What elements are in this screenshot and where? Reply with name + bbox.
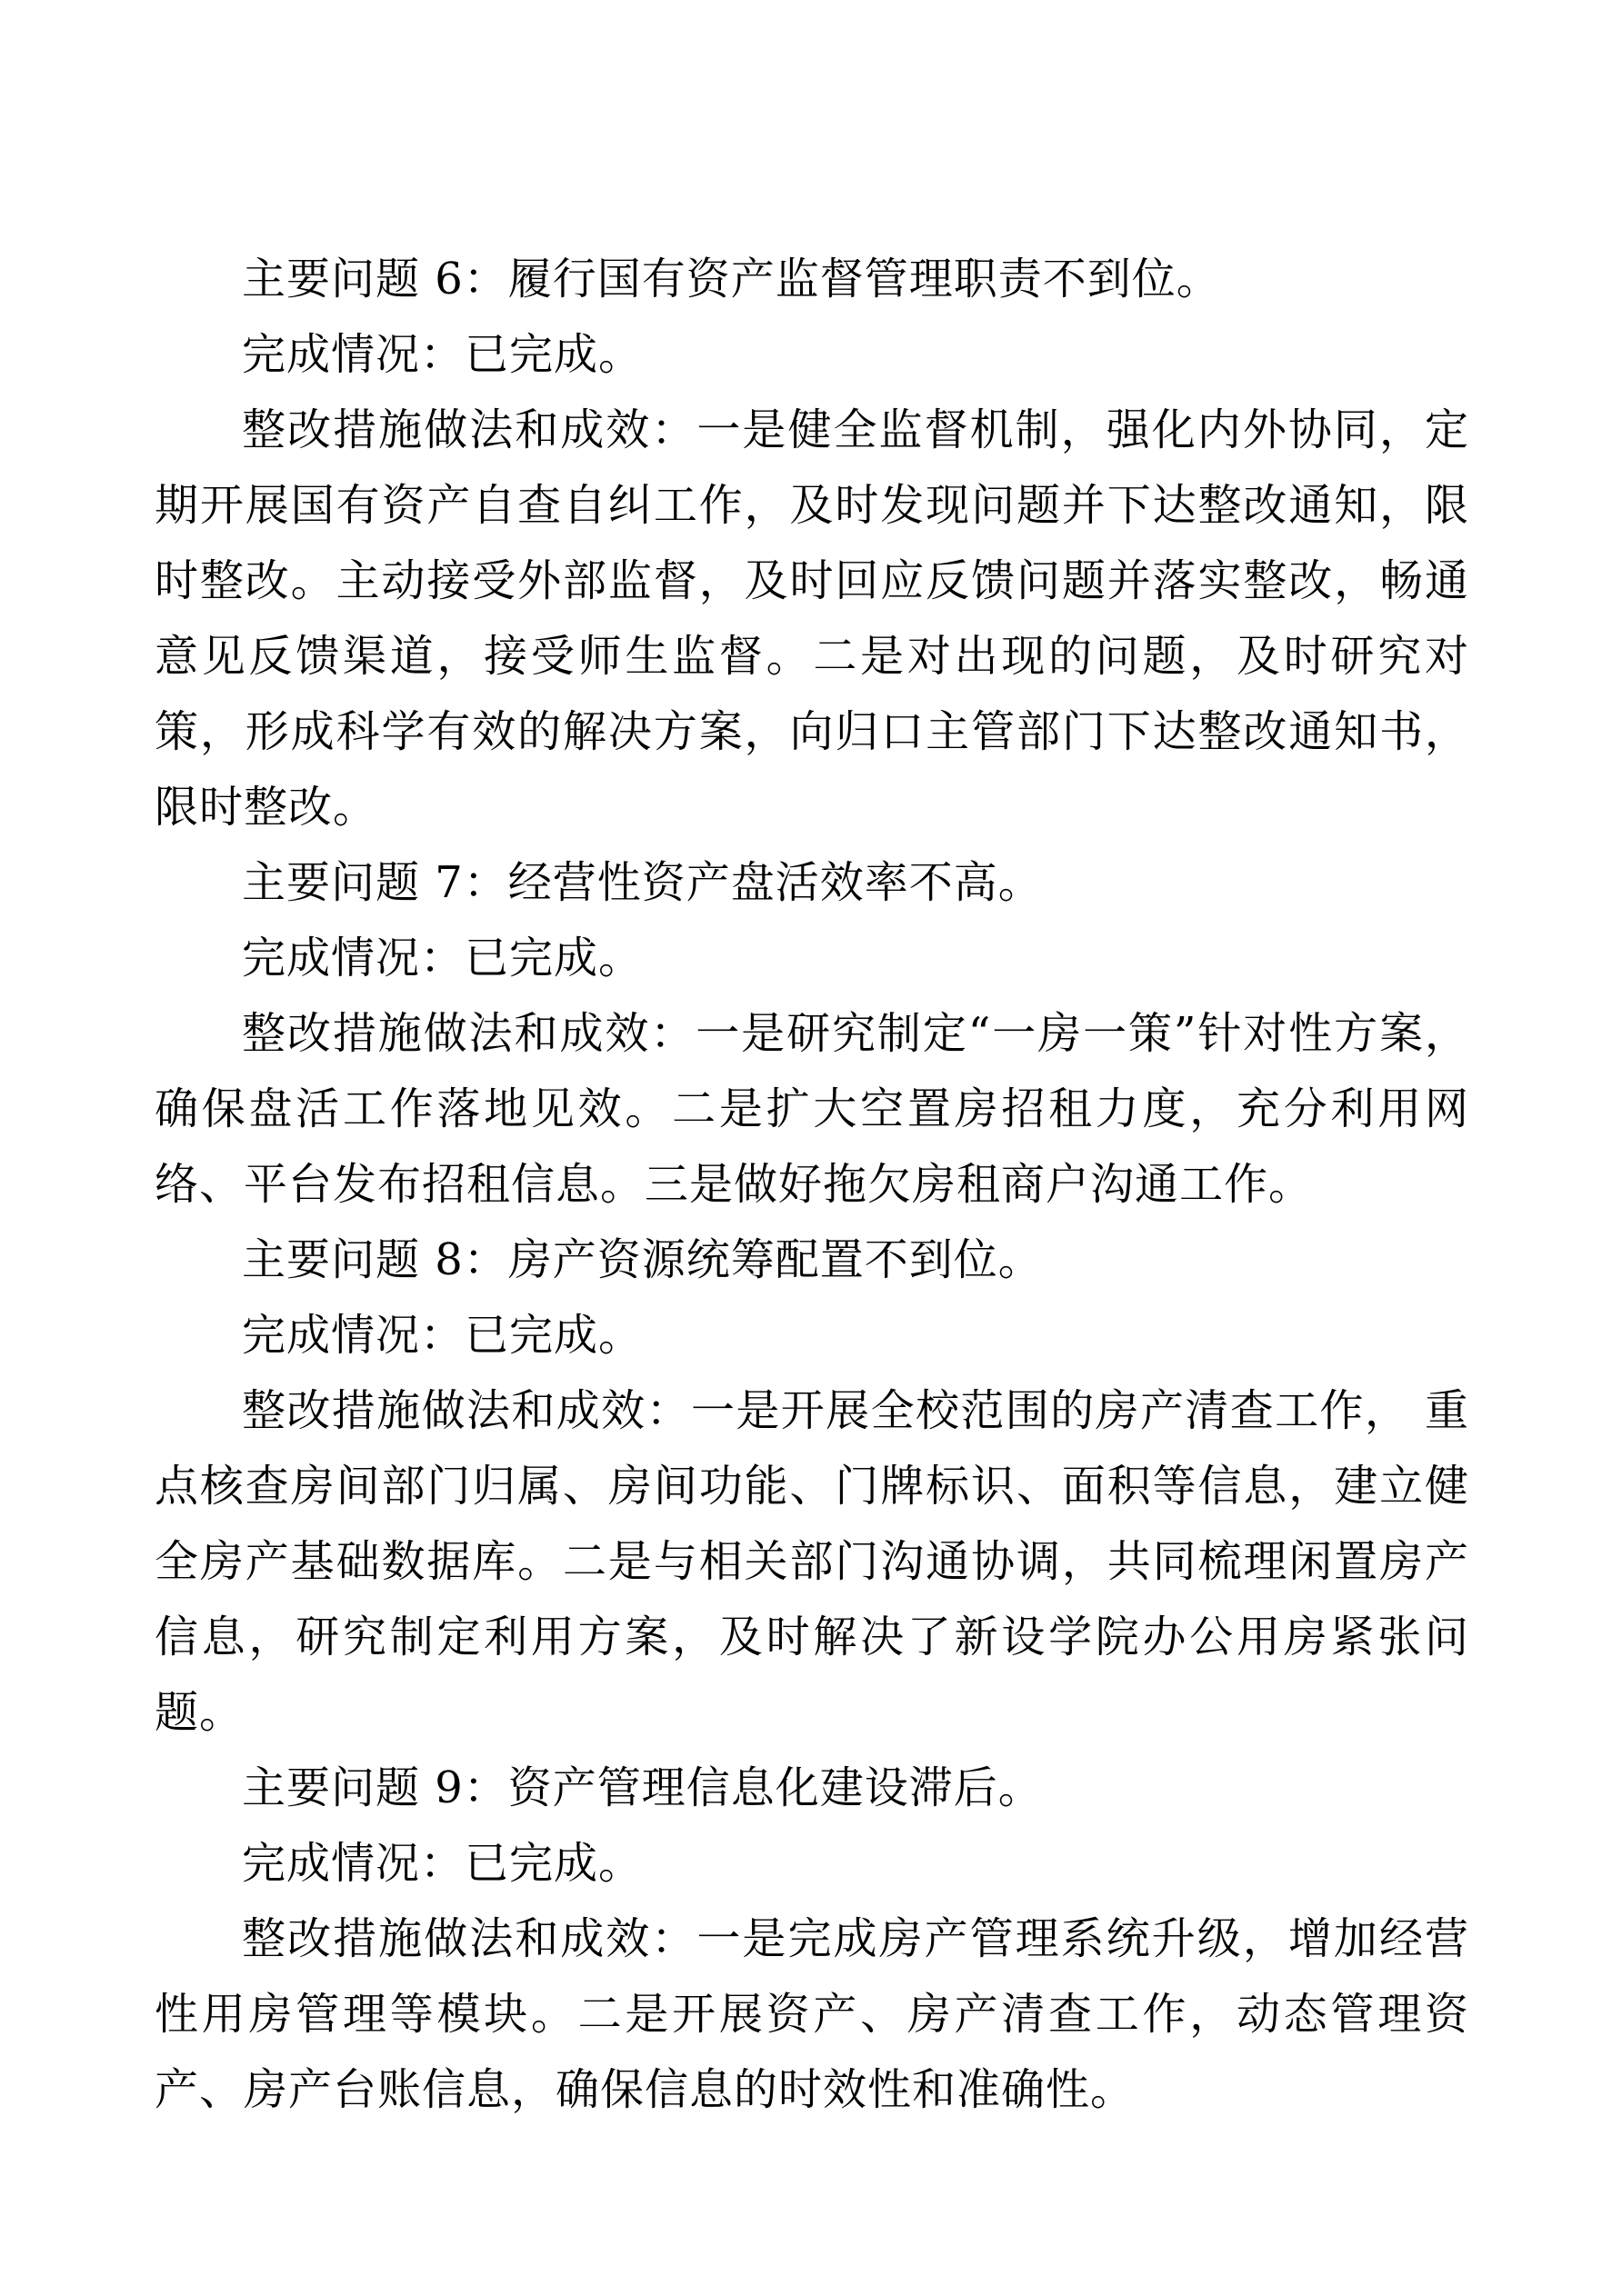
para-issue-7-status: 完成情况：已完成。 <box>155 921 1469 996</box>
para-issue-6-title: 主要问题 6：履行国有资产监督管理职责不到位。 <box>155 242 1469 317</box>
para-issue-9-status: 完成情况：已完成。 <box>155 1826 1469 1902</box>
para-issue-8-status: 完成情况：已完成。 <box>155 1298 1469 1373</box>
para-issue-9-title: 主要问题 9：资产管理信息化建设滞后。 <box>155 1751 1469 1826</box>
para-issue-8-measures: 整改措施做法和成效：一是开展全校范围的房产清查工作， 重点核查房间部门归属、房间… <box>155 1373 1469 1751</box>
document-page: 主要问题 6：履行国有资产监督管理职责不到位。 完成情况：已完成。 整改措施做法… <box>0 0 1622 2296</box>
para-issue-6-status: 完成情况：已完成。 <box>155 317 1469 393</box>
para-issue-9-measures: 整改措施做法和成效：一是完成房产管理系统升级，增加经营性用房管理等模块。二是开展… <box>155 1902 1469 2128</box>
para-issue-8-title: 主要问题 8：房产资源统筹配置不到位。 <box>155 1223 1469 1298</box>
para-issue-7-title: 主要问题 7：经营性资产盘活效率不高。 <box>155 845 1469 921</box>
para-issue-6-measures: 整改措施做法和成效：一是健全监督机制，强化内外协同，定期开展国有资产自查自纠工作… <box>155 393 1469 845</box>
document-body: 主要问题 6：履行国有资产监督管理职责不到位。 完成情况：已完成。 整改措施做法… <box>155 242 1469 2128</box>
para-issue-7-measures: 整改措施做法和成效：一是研究制定“一房一策”针对性方案，确保盘活工作落地见效。二… <box>155 996 1469 1223</box>
